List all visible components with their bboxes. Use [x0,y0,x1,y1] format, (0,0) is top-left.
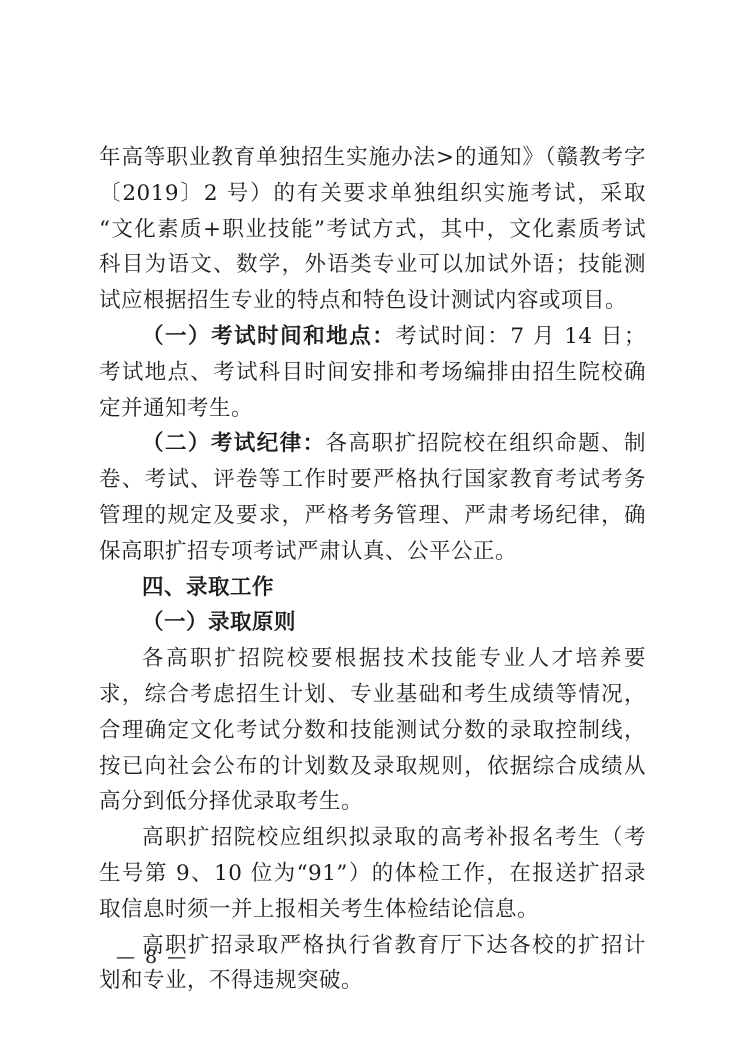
subsection-heading-text: （一）录取原则 [142,610,296,635]
page-number: — 8 — [116,946,188,968]
document-body: 年高等职业教育单独招生实施办法>的通知》（赣教考字〔2019〕2 号）的有关要求… [99,140,646,999]
paragraph-exam-time-location: （一）考试时间和地点：考试时间：7 月 14 日；考试地点、考试科目时间安排和考… [99,319,646,426]
exam-time-label: （一）考试时间和地点： [142,324,395,349]
section-heading-text: 四、录取工作 [142,575,274,600]
paragraph-physical-exam: 高职扩招院校应组织拟录取的高考补报名考生（考生号第 9、10 位为“91”）的体… [99,820,646,927]
admission-paragraph-text: 各高职扩招院校要根据技术技能专业人才培养要求，综合考虑招生计划、专业基础和考生成… [99,646,646,814]
admission-paragraph-text: 高职扩招院校应组织拟录取的高考补报名考生（考生号第 9、10 位为“91”）的体… [99,825,646,922]
paragraph-admission-principles: 各高职扩招院校要根据技术技能专业人才培养要求，综合考虑招生计划、专业基础和考生成… [99,641,646,820]
paragraph-exam-discipline: （二）考试纪律：各高职扩招院校在组织命题、制卷、考试、评卷等工作时要严格执行国家… [99,426,646,569]
paragraph-text: 年高等职业教育单独招生实施办法>的通知》（赣教考字〔2019〕2 号）的有关要求… [99,145,646,313]
page-footer: — 8 — [116,946,188,968]
section-heading-admission-work: 四、录取工作 [99,570,646,606]
document-page: 年高等职业教育单独招生实施办法>的通知》（赣教考字〔2019〕2 号）的有关要求… [0,0,740,1046]
paragraph-continuation: 年高等职业教育单独招生实施办法>的通知》（赣教考字〔2019〕2 号）的有关要求… [99,140,646,319]
subsection-heading-admission-principles: （一）录取原则 [99,605,646,641]
exam-discipline-label: （二）考试纪律： [142,431,326,456]
